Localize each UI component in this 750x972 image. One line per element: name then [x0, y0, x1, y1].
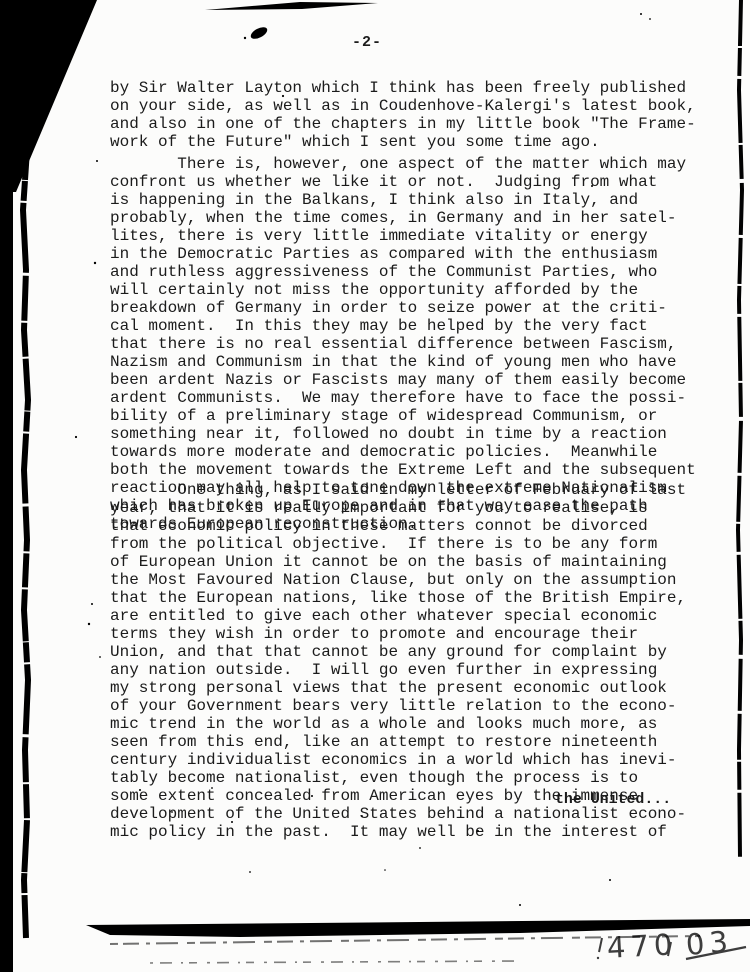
paragraph-1: by Sir Walter Layton which I think has b… [110, 79, 696, 151]
pencil-tick-left [599, 938, 602, 952]
ink-dot [244, 37, 246, 39]
page-number: -2- [352, 36, 382, 51]
paper-left-edge [23, 92, 28, 938]
handwritten-number-left: 470 [606, 930, 678, 963]
continuation-catchword: the United... [555, 793, 671, 808]
ink-blob [249, 25, 269, 41]
paragraph-2: There is, however, one aspect of the mat… [110, 155, 696, 533]
corner-fold-artifact [0, 0, 97, 192]
top-streak-artifact [205, 2, 378, 10]
left-scan-bar [0, 0, 13, 972]
pencil-tick-left-dot [597, 957, 599, 959]
bottom-dotted-line [150, 961, 520, 963]
paragraph-3: One thing, as I said in my letter of Feb… [110, 481, 686, 841]
scanned-letter-page: -2- by Sir Walter Layton which I think h… [0, 0, 750, 972]
handwritten-number-right: 03 [685, 927, 734, 960]
paper-right-edge [738, 0, 742, 858]
